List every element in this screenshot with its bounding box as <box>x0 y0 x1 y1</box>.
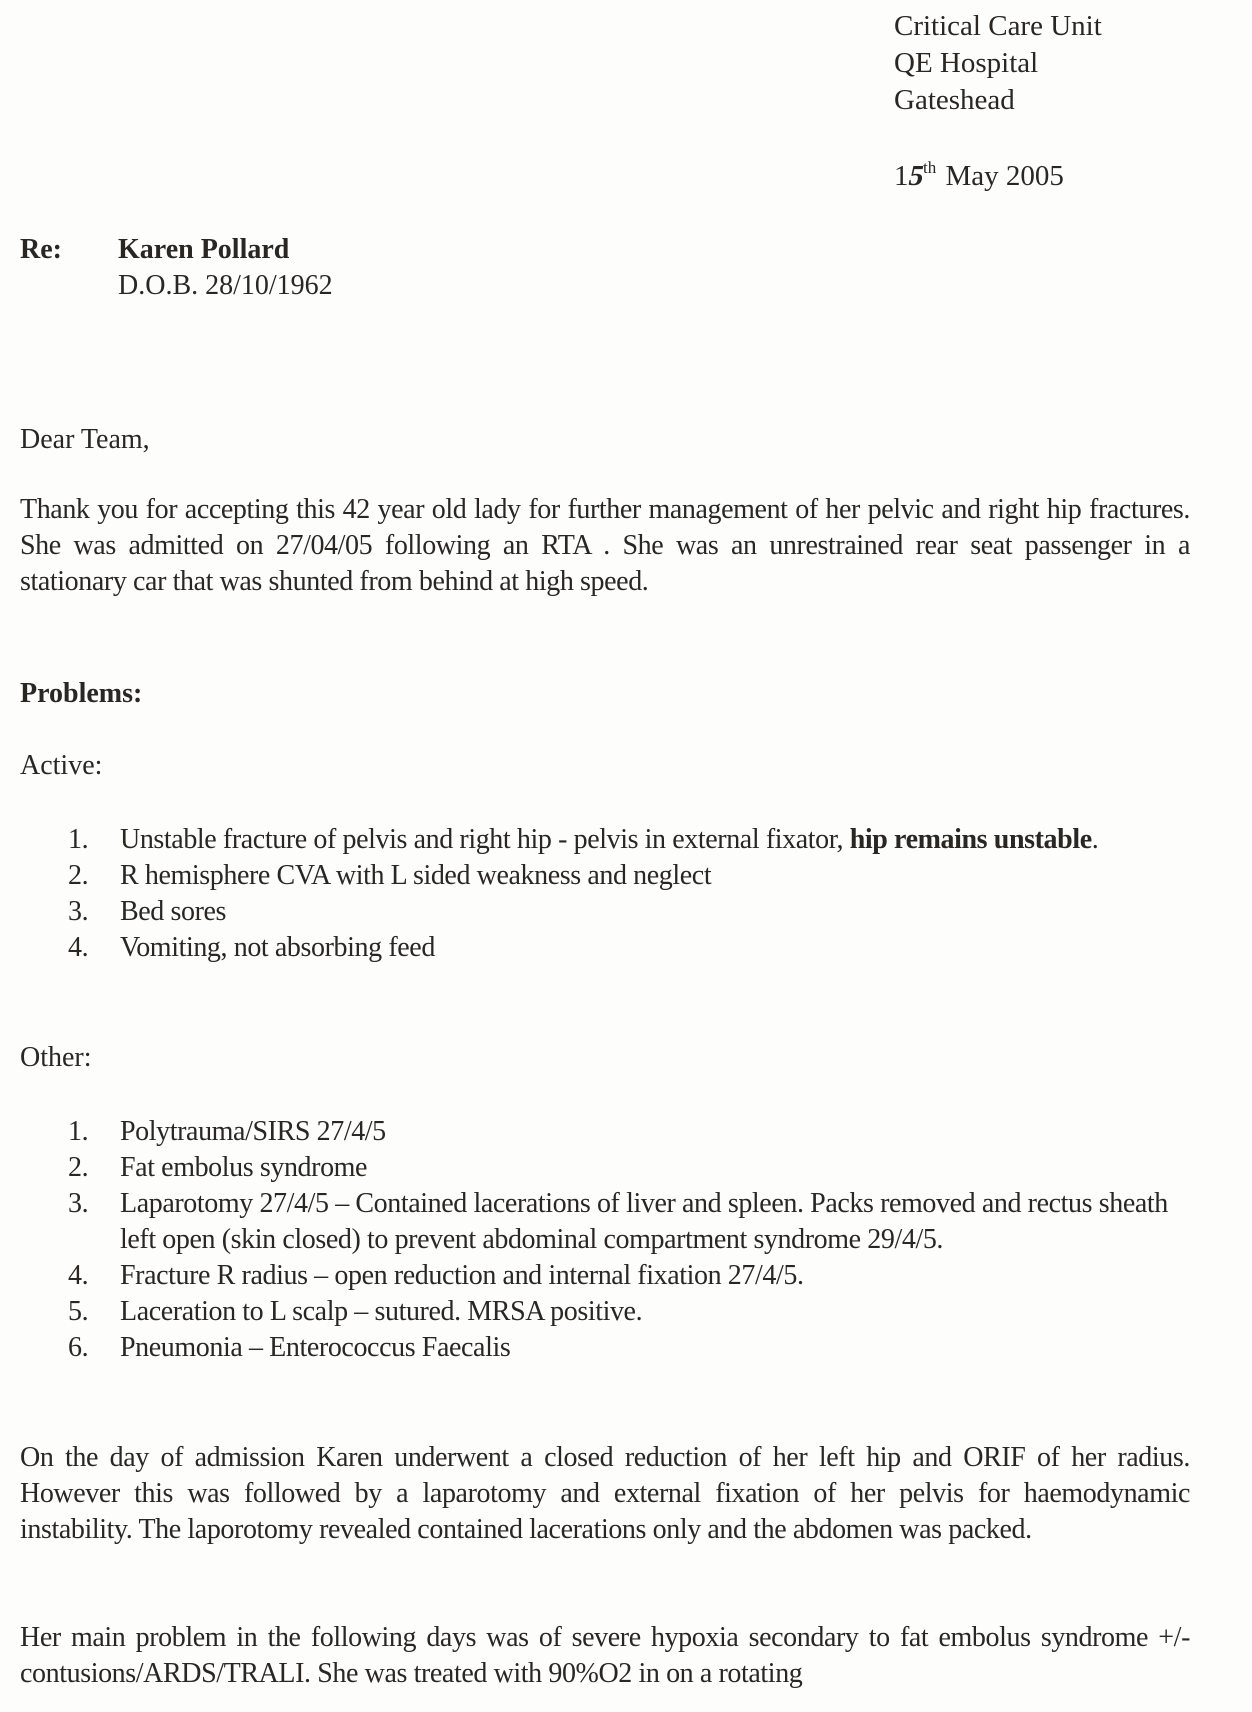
admission-paragraph: On the day of admission Karen underwent … <box>20 1440 1190 1548</box>
list-item: 4. Fracture R radius – open reduction an… <box>68 1258 1178 1294</box>
sender-address: Critical Care Unit QE Hospital Gateshead <box>894 8 1102 119</box>
list-item: 3. Laparotomy 27/4/5 – Contained lacerat… <box>68 1186 1178 1258</box>
item-text: Fracture R radius – open reduction and i… <box>120 1260 804 1291</box>
list-item: 5. Laceration to L scalp – sutured. MRSA… <box>68 1294 1178 1330</box>
item-bold-text: hip remains unstable <box>850 824 1092 855</box>
item-number: 4. <box>68 930 88 966</box>
re-label: Re: <box>20 234 62 266</box>
address-line-town: Gateshead <box>894 82 1102 119</box>
list-item: 2. R hemisphere CVA with L sided weaknes… <box>68 858 1178 894</box>
patient-dob: D.O.B. 28/10/1962 <box>118 270 333 302</box>
active-problems-list: 1. Unstable fracture of pelvis and right… <box>68 822 1178 966</box>
address-line-unit: Critical Care Unit <box>894 8 1102 45</box>
item-text: Laceration to L scalp – sutured. MRSA po… <box>120 1296 642 1327</box>
item-number: 2. <box>68 1150 88 1186</box>
item-tail: . <box>1092 824 1099 855</box>
item-text: Vomiting, not absorbing feed <box>120 932 435 963</box>
item-number: 3. <box>68 894 88 930</box>
active-problems-label: Active: <box>20 750 102 782</box>
hypoxia-paragraph: Her main problem in the following days w… <box>20 1620 1190 1692</box>
item-number: 1. <box>68 822 88 858</box>
intro-paragraph: Thank you for accepting this 42 year old… <box>20 492 1190 600</box>
date-rest: May 2005 <box>945 160 1063 192</box>
item-text: Unstable fracture of pelvis and right hi… <box>120 824 850 855</box>
list-item: 4. Vomiting, not absorbing feed <box>68 930 1178 966</box>
item-text: Fat embolus syndrome <box>120 1152 367 1183</box>
item-number: 6. <box>68 1330 88 1366</box>
item-text: Polytrauma/SIRS 27/4/5 <box>120 1116 386 1147</box>
item-number: 5. <box>68 1294 88 1330</box>
item-number: 2. <box>68 858 88 894</box>
list-item: 3. Bed sores <box>68 894 1178 930</box>
patient-name: Karen Pollard <box>118 234 289 266</box>
item-text: R hemisphere CVA with L sided weakness a… <box>120 860 711 891</box>
list-item: 1. Polytrauma/SIRS 27/4/5 <box>68 1114 1178 1150</box>
item-text: Laparotomy 27/4/5 – Contained laceration… <box>120 1188 1168 1255</box>
item-number: 1. <box>68 1114 88 1150</box>
salutation: Dear Team, <box>20 424 150 456</box>
other-problems-list: 1. Polytrauma/SIRS 27/4/5 2. Fat embolus… <box>68 1114 1178 1366</box>
list-item: 2. Fat embolus syndrome <box>68 1150 1178 1186</box>
problems-heading: Problems: <box>20 678 142 710</box>
item-number: 4. <box>68 1258 88 1294</box>
address-line-hospital: QE Hospital <box>894 45 1102 82</box>
list-item: 1. Unstable fracture of pelvis and right… <box>68 822 1178 858</box>
item-text: Pneumonia – Enterococcus Faecalis <box>120 1332 510 1363</box>
list-item: 6. Pneumonia – Enterococcus Faecalis <box>68 1330 1178 1366</box>
item-number: 3. <box>68 1186 88 1222</box>
item-text: Bed sores <box>120 896 226 927</box>
letter-date: 15th May 2005 <box>894 158 1064 193</box>
other-problems-label: Other: <box>20 1042 92 1074</box>
